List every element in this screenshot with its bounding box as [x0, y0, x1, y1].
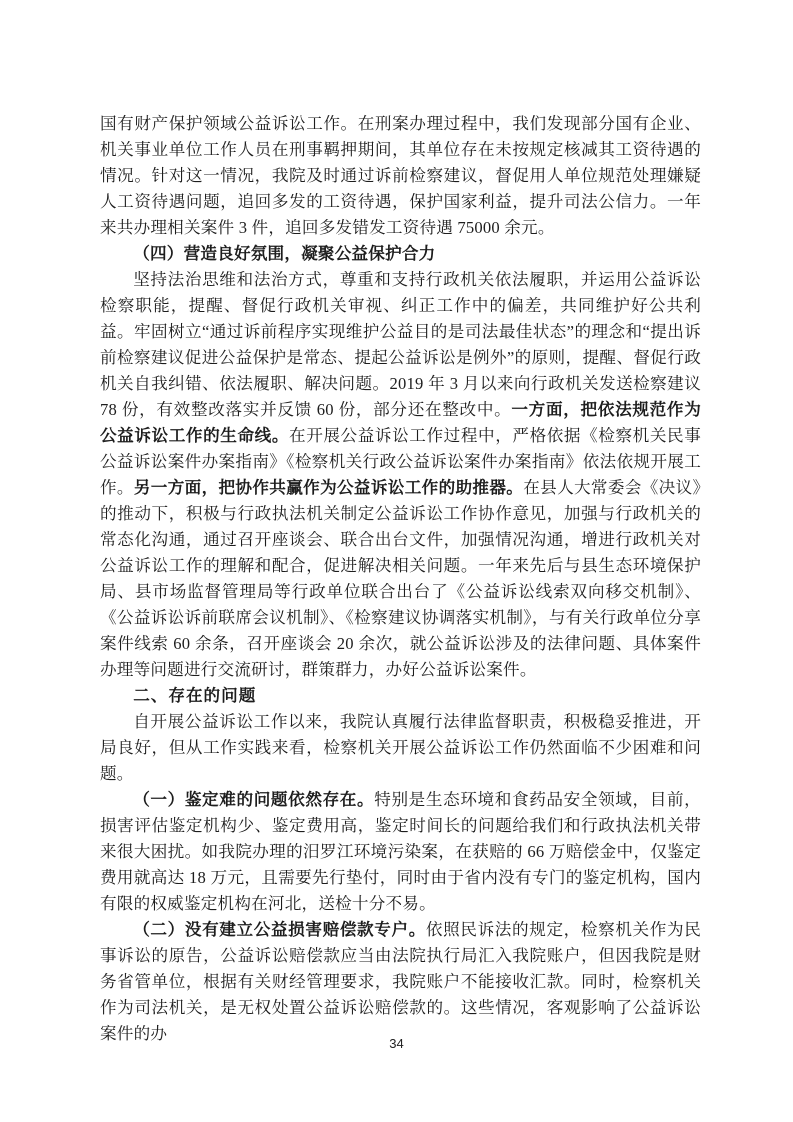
text-run: 自开展公益诉讼工作以来，我院认真履行法律监督职责，积极稳妥推进，开局良好，但从工… — [100, 712, 701, 783]
paragraph: 坚持法治思维和法治方式，尊重和支持行政机关依法履职，并运用公益诉讼检察职能，提醒… — [100, 267, 701, 683]
page-number: 34 — [0, 1036, 793, 1051]
emphasis-text-run: （四）营造良好氛围，凝聚公益保护合力 — [133, 244, 435, 263]
paragraph: （一）鉴定难的问题依然存在。特别是生态环境和食药品安全领域，目前，损害评估鉴定机… — [100, 787, 701, 917]
text-run: 二、存在的问题 — [133, 686, 256, 705]
text-run: 坚持法治思维和法治方式，尊重和支持行政机关依法履职，并运用公益诉讼检察职能，提醒… — [100, 270, 701, 419]
document-body: 国有财产保护领域公益诉讼工作。在刑案办理过程中，我们发现部分国有企业、机关事业单… — [100, 111, 701, 1047]
paragraph: （二）没有建立公益损害赔偿款专户。依照民诉法的规定，检察机关作为民事诉讼的原告，… — [100, 917, 701, 1047]
text-run: 国有财产保护领域公益诉讼工作。在刑案办理过程中，我们发现部分国有企业、机关事业单… — [100, 114, 701, 237]
emphasis-text-run: （一）鉴定难的问题依然存在。 — [133, 790, 374, 809]
emphasis-text-run: （二）没有建立公益损害赔偿款专户。 — [133, 920, 426, 939]
section-heading: （四）营造良好氛围，凝聚公益保护合力 — [100, 241, 701, 267]
text-run: 在县人大常委会《决议》的推动下，积极与行政执法机关制定公益诉讼工作协作意见，加强… — [100, 478, 701, 679]
paragraph: 自开展公益诉讼工作以来，我院认真履行法律监督职责，积极稳妥推进，开局良好，但从工… — [100, 709, 701, 787]
paragraph: 国有财产保护领域公益诉讼工作。在刑案办理过程中，我们发现部分国有企业、机关事业单… — [100, 111, 701, 241]
document-page: 国有财产保护领域公益诉讼工作。在刑案办理过程中，我们发现部分国有企业、机关事业单… — [0, 0, 793, 1122]
emphasis-text-run: 另一方面，把协作共赢作为公益诉讼工作的助推器。 — [134, 478, 523, 497]
section-heading: 二、存在的问题 — [100, 683, 701, 709]
